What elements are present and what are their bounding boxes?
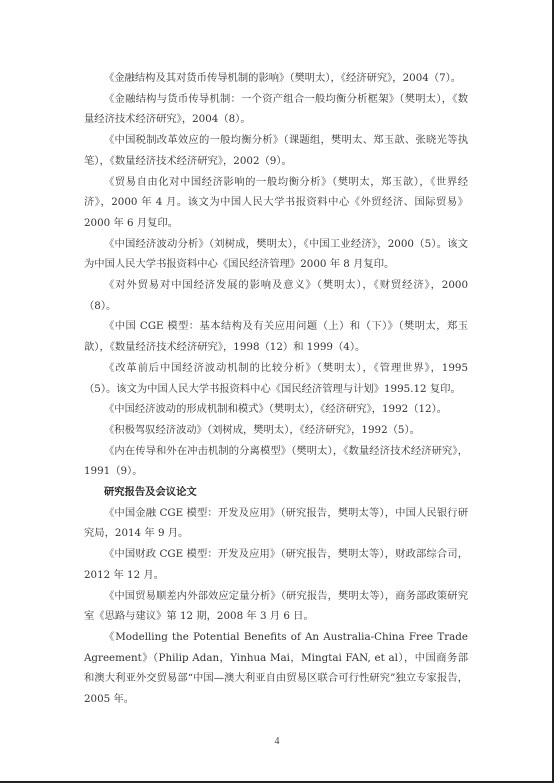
report-item: 《中国贸易顺差内外部效应定量分析》（研究报告，樊明太等），商务部政策研究室《思路… [84,586,468,627]
page-number: 4 [0,736,554,747]
reference-item: 《内在传导和外在冲击机制的分离模型》（樊明太），《数量经济技术经济研究》，199… [84,441,468,482]
reference-item: 《对外贸易对中国经济发展的影响及意义》（樊明太），《财贸经济》，2000（8）。 [84,275,468,316]
reference-item: 《金融结构与货币传导机制：一个资产组合一般均衡分析框架》（樊明太），《数量经济技… [84,89,468,130]
reference-item: 《改革前后中国经济波动机制的比较分析》（樊明太），《管理世界》，1995（5）。… [84,358,468,399]
reference-item: 《贸易自由化对中国经济影响的一般均衡分析》（樊明太，郑玉歆），《世界经济》，20… [84,172,468,234]
page-content: 《金融结构及其对货币传导机制的影响》（樊明太），《经济研究》，2004（7）。 … [84,68,468,710]
reference-item: 《积极驾驭经济波动》（刘树成，樊明太），《经济研究》，1992（5）。 [84,420,468,441]
reference-item: 《中国 CGE 模型：基本结构及有关应用问题（上）和（下）》（樊明太，郑玉歆），… [84,316,468,357]
reference-item: 《金融结构及其对货币传导机制的影响》（樊明太），《经济研究》，2004（7）。 [84,68,468,89]
report-item: 《Modelling the Potential Benefits of An … [84,627,468,710]
section-heading: 研究报告及会议论文 [84,482,468,503]
reference-item: 《中国税制改革效应的一般均衡分析》（课题组，樊明太、郑玉歆、张晓光等执笔），《数… [84,130,468,171]
reference-item: 《中国经济波动的形成机制和模式》（樊明太），《经济研究》，1992（12）。 [84,399,468,420]
document-page: 《金融结构及其对货币传导机制的影响》（樊明太），《经济研究》，2004（7）。 … [0,0,554,783]
report-item: 《中国金融 CGE 模型：开发及应用》（研究报告，樊明太等），中国人民银行研究局… [84,503,468,544]
reference-item: 《中国经济波动分析》（刘树成，樊明太），《中国工业经济》，2000（5）。该文为… [84,234,468,275]
report-item: 《中国财政 CGE 模型：开发及应用》（研究报告，樊明太等），财政部综合司，20… [84,544,468,585]
